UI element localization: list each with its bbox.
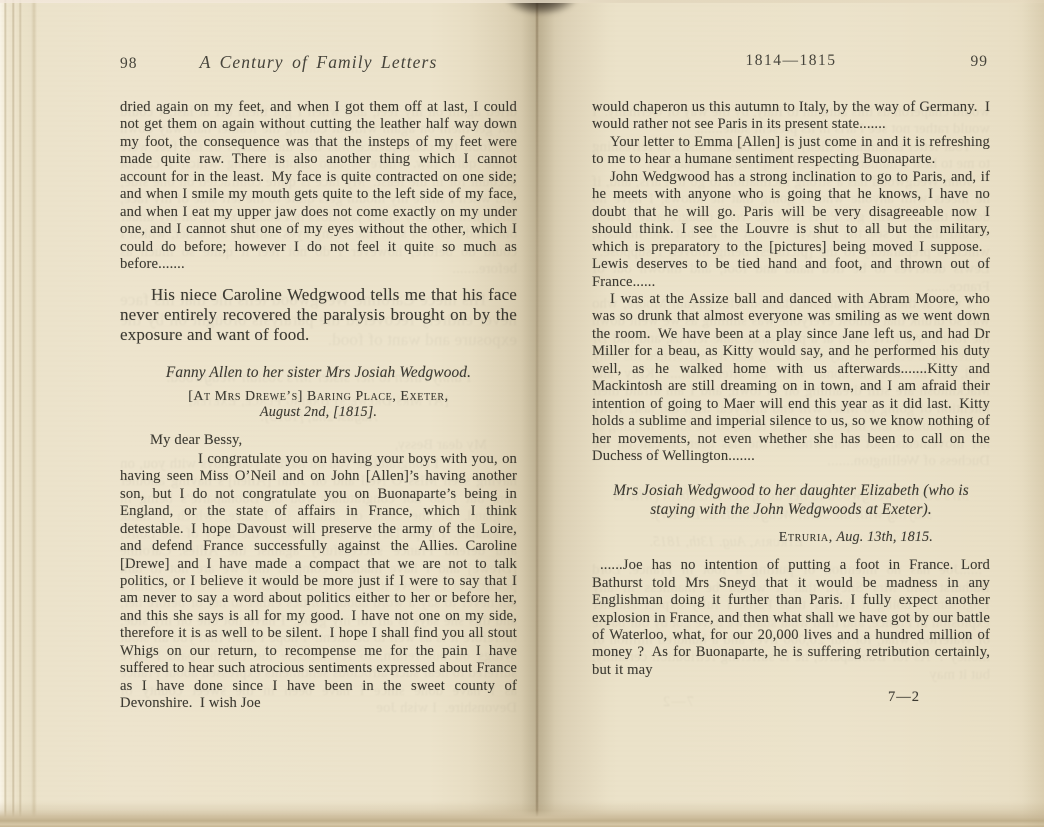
right-page-header: 1814—1815 99	[592, 50, 990, 70]
page-number-left: 98	[120, 55, 138, 73]
paragraph: Your letter to Emma [Allen] is just come…	[592, 134, 990, 169]
running-title-left: A Century of Family Letters	[120, 52, 517, 73]
paragraph: I was at the Assize ball and danced with…	[592, 291, 990, 466]
continuation-paragraph: dried again on my feet, and when I got t…	[120, 99, 517, 274]
page-number-right: 99	[971, 53, 989, 71]
letter-date-line: August 2nd, [1815].	[120, 404, 517, 421]
letter-body: ......Joe has no intention of putting a …	[592, 557, 990, 679]
paragraph: would chaperon us this autumn to Italy, …	[592, 99, 990, 134]
editorial-note: His niece Caroline Wedgwood tells me tha…	[120, 285, 517, 346]
letter-salutation: My dear Bessy,	[120, 432, 517, 449]
left-page: 98 A Century of Family Letters dried aga…	[0, 0, 538, 827]
paragraph: John Wedgwood has a strong inclination t…	[592, 169, 990, 291]
signature-mark: 7—2	[592, 689, 990, 706]
left-page-text-column: dried again on my feet, and when I got t…	[120, 99, 517, 713]
running-title-right: 1814—1815	[592, 50, 990, 70]
right-page-text-column: would chaperon us this autumn to Italy, …	[592, 99, 990, 707]
right-page: 1814—1815 99 would chaperon us this autu…	[538, 0, 1044, 827]
letter-heading: Fanny Allen to her sister Mrs Josiah Wed…	[120, 363, 517, 383]
book-scan: 98 A Century of Family Letters dried aga…	[0, 0, 1044, 827]
letter-heading: Mrs Josiah Wedgwood to her daughter Eliz…	[592, 481, 990, 520]
letter-place-line: [At Mrs Drewe’s] Baring Place, Exeter,	[120, 387, 517, 404]
letter-body: I congratulate you on having your boys w…	[120, 451, 517, 713]
left-page-header: 98 A Century of Family Letters	[120, 52, 517, 73]
letter-place-date: Etruria, Aug. 13th, 1815.	[592, 529, 990, 546]
